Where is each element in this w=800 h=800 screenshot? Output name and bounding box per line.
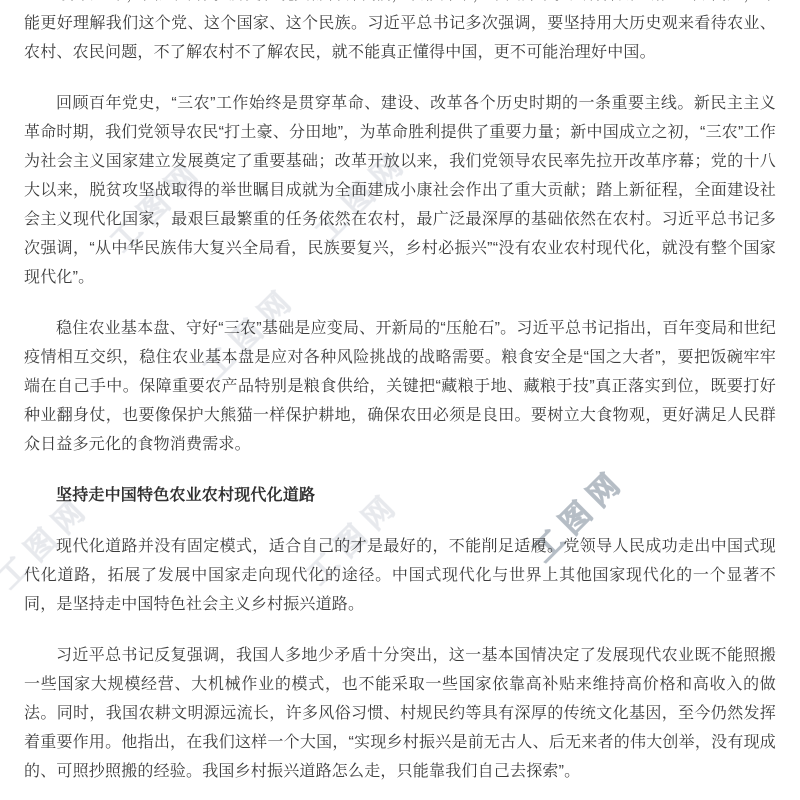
- section-heading: 坚持走中国特色农业农村现代化道路: [24, 481, 776, 510]
- paragraph: “务农重本，国之大纲”。历史和现实都告诉我们，农惟邦本，本固邦宁。只有深刻理解“…: [24, 0, 776, 67]
- paragraph: 稳住农业基本盘、守好“三农”基础是应变局、开新局的“压舱石”。习近平总书记指出，…: [24, 314, 776, 459]
- paragraph: 习近平总书记反复强调，我国人多地少矛盾十分突出，这一基本国情决定了发展现代农业既…: [24, 641, 776, 786]
- paragraph: 回顾百年党史，“三农”工作始终是贯穿革命、建设、改革各个历史时期的一条重要主线。…: [24, 89, 776, 292]
- article-body: “务农重本，国之大纲”。历史和现实都告诉我们，农惟邦本，本固邦宁。只有深刻理解“…: [24, 0, 776, 786]
- document-page: 工图网 工图网 工图网 工图网 工图网 工图网 “务农重本，国之大纲”。历史和现…: [0, 0, 800, 800]
- paragraph: 现代化道路并没有固定模式，适合自己的才是最好的，不能削足适履。党领导人民成功走出…: [24, 532, 776, 619]
